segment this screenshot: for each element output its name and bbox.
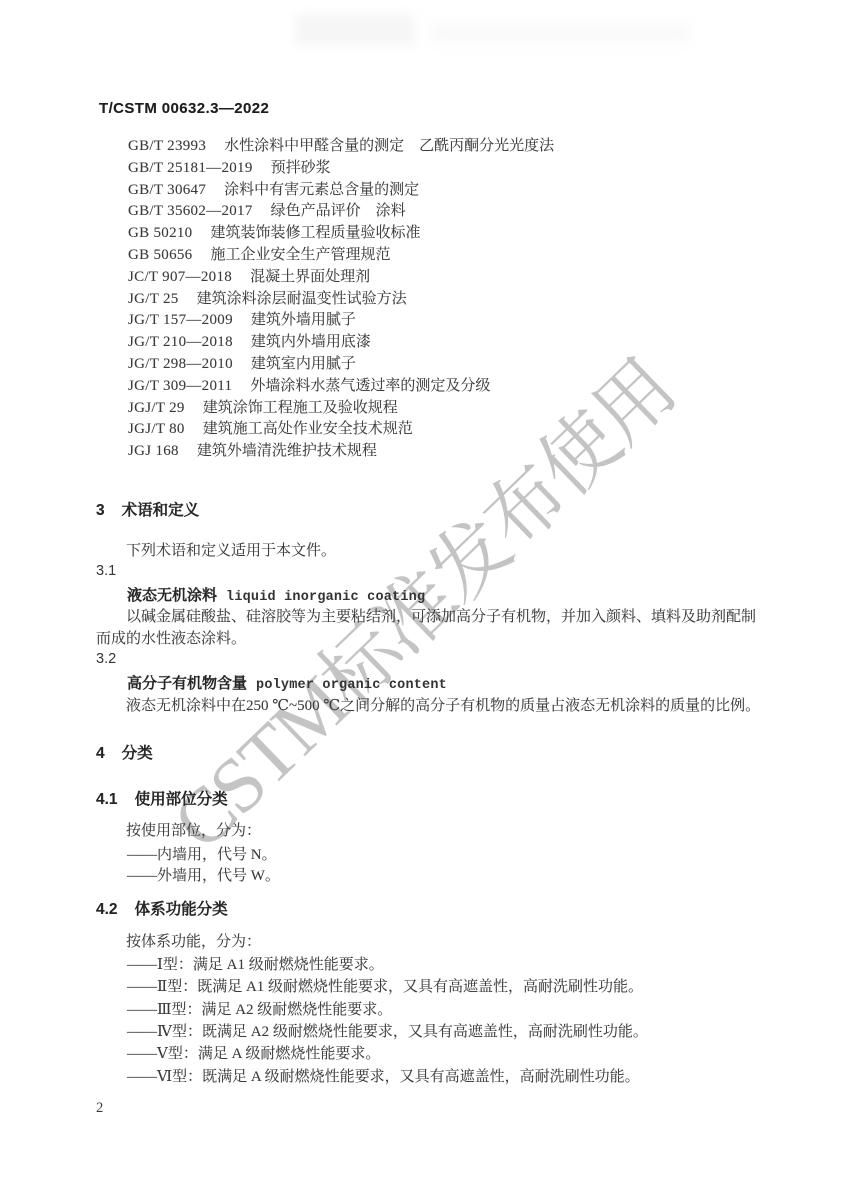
- reference-item: GB 50210建筑装饰装修工程质量验收标准: [128, 223, 554, 245]
- classification-item: ——内墙用，代号 N。: [127, 843, 277, 864]
- reference-code: GB 50210: [128, 223, 193, 245]
- section-4-heading: 4分类: [96, 741, 153, 763]
- reference-item: JG/T 309—2011外墙涂料水蒸气透过率的测定及分级: [128, 376, 554, 398]
- term-english: polymer organic content: [256, 678, 447, 693]
- term-chinese: 液态无机涂料: [127, 587, 217, 604]
- reference-title: 建筑室内用腻子: [251, 356, 356, 372]
- classification-item: ——外墙用，代号 W。: [127, 864, 280, 885]
- classification-item: ——Ⅴ型：满足 A 级耐燃烧性能要求。: [127, 1043, 648, 1065]
- reference-title: 预拌砂浆: [271, 160, 331, 176]
- reference-title: 建筑内外墙用底漆: [251, 334, 371, 350]
- reference-title: 建筑施工高处作业安全技术规范: [203, 421, 413, 437]
- reference-item: JG/T 25建筑涂料涂层耐温变性试验方法: [128, 289, 554, 311]
- reference-title: 绿色产品评价 涂料: [271, 203, 406, 219]
- section-title: 体系功能分类: [135, 901, 228, 918]
- section-number: 4.1: [96, 791, 118, 809]
- reference-code: JC/T 907—2018: [128, 267, 232, 289]
- reference-item: GB/T 35602—2017绿色产品评价 涂料: [128, 201, 554, 223]
- section-4-2-heading: 4.2体系功能分类: [96, 897, 228, 919]
- section-3-intro: 下列术语和定义适用于本文件。: [96, 541, 776, 563]
- section-title: 使用部位分类: [135, 791, 228, 808]
- reference-title: 混凝土界面处理剂: [250, 269, 370, 285]
- reference-title: 建筑涂料涂层耐温变性试验方法: [197, 291, 407, 307]
- reference-title: 建筑装饰装修工程质量验收标准: [211, 225, 421, 241]
- type-classification-list: ——Ⅰ型：满足 A1 级耐燃烧性能要求。 ——Ⅱ型：既满足 A1 级耐燃烧性能要…: [127, 954, 648, 1088]
- reference-code: GB/T 23993: [128, 136, 206, 158]
- reference-code: JG/T 210—2018: [128, 332, 233, 354]
- clause-3-1-number: 3.1: [96, 563, 116, 579]
- reference-item: GB 50656施工企业安全生产管理规范: [128, 245, 554, 267]
- reference-item: JGJ/T 80建筑施工高处作业安全技术规范: [128, 419, 554, 441]
- reference-title: 建筑外墙用腻子: [251, 312, 356, 328]
- section-4-2-intro: 按体系功能，分为：: [96, 932, 496, 954]
- term-english: liquid inorganic coating: [226, 590, 425, 605]
- document-page: CSTM标准发布使用 T/CSTM 00632.3—2022 GB/T 2399…: [0, 0, 849, 1200]
- definition-3-2: 液态无机涂料中在250 ℃~500 ℃之间分解的高分子有机物的质量占液态无机涂料…: [96, 696, 776, 718]
- section-3-heading: 3术语和定义: [96, 498, 199, 520]
- scan-bleed-smudge: [430, 22, 690, 44]
- reference-title: 水性涂料中甲醛含量的测定 乙酰丙酮分光光度法: [224, 138, 554, 154]
- page-number: 2: [96, 1100, 103, 1117]
- reference-item: JG/T 298—2010建筑室内用腻子: [128, 354, 554, 376]
- reference-item: JGJ 168建筑外墙清洗维护技术规程: [128, 441, 554, 463]
- reference-title: 建筑涂饰工程施工及验收规程: [203, 400, 398, 416]
- section-number: 4.2: [96, 901, 118, 919]
- classification-item: ——Ⅱ型：既满足 A1 级耐燃烧性能要求，又具有高遮盖性，高耐洗刷性功能。: [127, 976, 648, 998]
- section-title: 术语和定义: [122, 502, 200, 519]
- standard-number-header: T/CSTM 00632.3—2022: [99, 100, 269, 117]
- reference-code: JGJ/T 29: [128, 398, 185, 420]
- classification-item: ——Ⅲ型：满足 A2 级耐燃烧性能要求。: [127, 999, 648, 1021]
- reference-code: GB/T 30647: [128, 180, 206, 202]
- term-chinese: 高分子有机物含量: [127, 675, 247, 692]
- reference-title: 施工企业安全生产管理规范: [211, 247, 391, 263]
- reference-code: JG/T 309—2011: [128, 376, 232, 398]
- classification-item: ——Ⅳ型：既满足 A2 级耐燃烧性能要求，又具有高遮盖性，高耐洗刷性功能。: [127, 1021, 648, 1043]
- reference-code: JGJ 168: [128, 441, 179, 463]
- definition-3-1: 以碱金属硅酸盐、硅溶胶等为主要粘结剂，可添加高分子有机物，并加入颜料、填料及助剂…: [96, 607, 761, 651]
- reference-item: JGJ/T 29建筑涂饰工程施工及验收规程: [128, 398, 554, 420]
- normative-references-list: GB/T 23993水性涂料中甲醛含量的测定 乙酰丙酮分光光度法 GB/T 25…: [128, 136, 554, 463]
- classification-item: ——Ⅰ型：满足 A1 级耐燃烧性能要求。: [127, 954, 648, 976]
- clause-3-2-number: 3.2: [96, 651, 116, 667]
- reference-item: JG/T 210—2018建筑内外墙用底漆: [128, 332, 554, 354]
- reference-code: GB/T 25181—2019: [128, 158, 253, 180]
- reference-title: 涂料中有害元素总含量的测定: [224, 182, 419, 198]
- reference-code: JGJ/T 80: [128, 419, 185, 441]
- term-3-2: 高分子有机物含量polymer organic content: [127, 672, 447, 693]
- reference-item: JG/T 157—2009建筑外墙用腻子: [128, 310, 554, 332]
- reference-title: 外墙涂料水蒸气透过率的测定及分级: [250, 378, 490, 394]
- scan-bleed-smudge: [295, 14, 415, 46]
- reference-code: JG/T 298—2010: [128, 354, 233, 376]
- reference-code: GB/T 35602—2017: [128, 201, 253, 223]
- classification-item: ——Ⅵ型：既满足 A 级耐燃烧性能要求，又具有高遮盖性，高耐洗刷性功能。: [127, 1066, 648, 1088]
- reference-item: GB/T 23993水性涂料中甲醛含量的测定 乙酰丙酮分光光度法: [128, 136, 554, 158]
- section-4-1-heading: 4.1使用部位分类: [96, 787, 228, 809]
- term-3-1: 液态无机涂料liquid inorganic coating: [127, 584, 425, 605]
- reference-item: GB/T 30647涂料中有害元素总含量的测定: [128, 180, 554, 202]
- reference-title: 建筑外墙清洗维护技术规程: [197, 443, 377, 459]
- section-number: 3: [96, 502, 105, 520]
- reference-item: GB/T 25181—2019预拌砂浆: [128, 158, 554, 180]
- reference-code: JG/T 25: [128, 289, 179, 311]
- reference-code: JG/T 157—2009: [128, 310, 233, 332]
- reference-code: GB 50656: [128, 245, 193, 267]
- reference-item: JC/T 907—2018混凝土界面处理剂: [128, 267, 554, 289]
- section-number: 4: [96, 745, 105, 763]
- section-title: 分类: [122, 745, 153, 762]
- section-4-1-intro: 按使用部位，分为：: [96, 821, 496, 843]
